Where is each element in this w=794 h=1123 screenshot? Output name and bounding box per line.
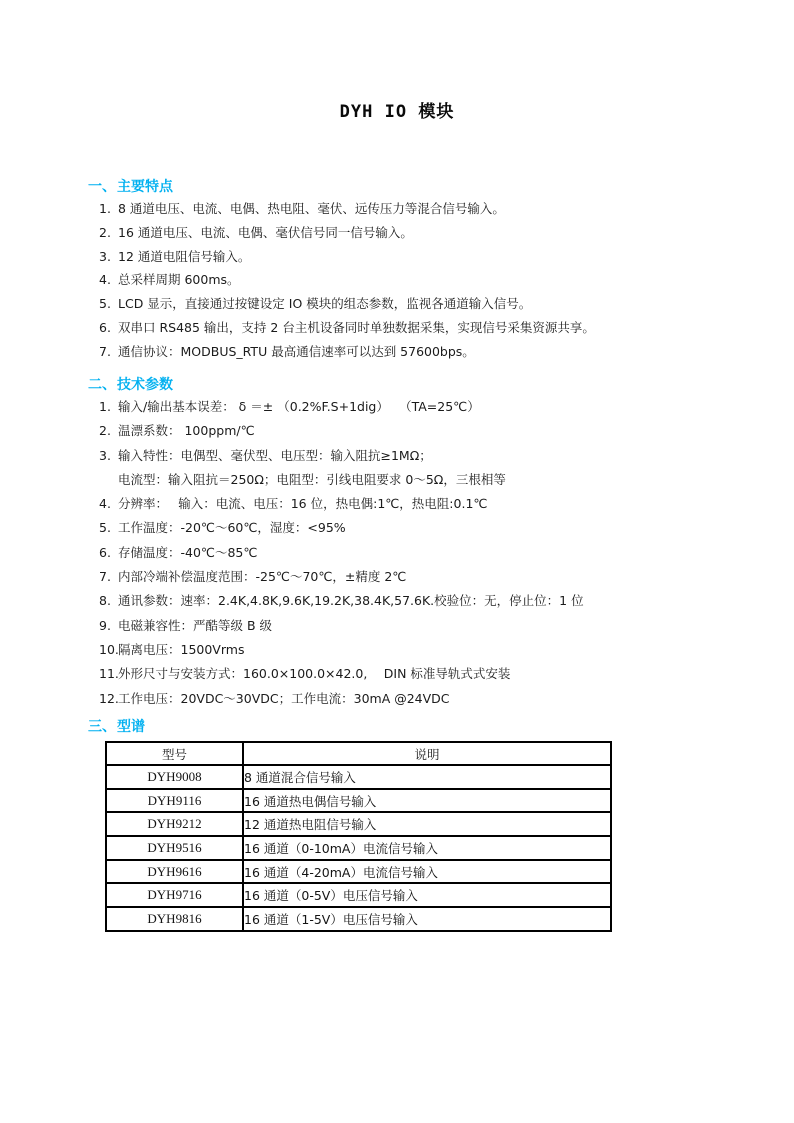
item-text: 输入特性：电偶型、毫伏型、电压型：输入阻抗≥1MΩ； 电流型：输入阻抗＝250Ω… (118, 444, 506, 493)
list-item: 6. 双串口 RS485 输出，支持 2 台主机设备同时单独数据采集，实现信号采… (99, 316, 759, 340)
list-item: 3. 输入特性：电偶型、毫伏型、电压型：输入阻抗≥1MΩ； 电流型：输入阻抗＝2… (99, 444, 759, 493)
page-title: DYH IO 模块 (0, 97, 794, 122)
list-item: 4. 总采样周期 600ms。 (99, 268, 759, 292)
model-cell: DYH9816 (106, 907, 243, 931)
item-text: 存储温度：-40℃～85℃ (118, 541, 257, 565)
item-number: 7. (99, 565, 118, 589)
item-number: 5. (99, 516, 118, 540)
item-number: 3. (99, 444, 118, 493)
list-item: 12. 工作电压：20VDC～30VDC；工作电流：30mA @24VDC (99, 687, 759, 711)
item-text: 16 通道电压、电流、电偶、毫伏信号同一信号输入。 (118, 221, 413, 245)
item-text: 工作电压：20VDC～30VDC；工作电流：30mA @24VDC (118, 687, 450, 711)
col-header-model: 型号 (106, 742, 243, 765)
item-number: 2. (99, 221, 118, 245)
table-row: DYH9516 16 通道（0-10mA）电流信号输入 (106, 836, 611, 860)
item-text: 隔离电压：1500Vrms (118, 638, 244, 662)
list-item: 8. 通讯参数：速率：2.4K,4.8K,9.6K,19.2K,38.4K,57… (99, 589, 759, 613)
list-item: 5. LCD 显示，直接通过按键设定 IO 模块的组态参数，监视各通道输入信号。 (99, 292, 759, 316)
section-label: 技术参数 (117, 374, 173, 394)
table-row: DYH9212 12 通道热电阻信号输入 (106, 812, 611, 836)
item-number: 5. (99, 292, 118, 316)
desc-cell: 12 通道热电阻信号输入 (243, 812, 611, 836)
list-item: 4. 分辨率： 输入：电流、电压：16 位，热电偶:1℃，热电阻:0.1℃ (99, 492, 759, 516)
desc-cell: 8 通道混合信号输入 (243, 765, 611, 789)
params-list: 1. 输入/输出基本误差： δ ＝± （0.2%F.S+1dig） （TA=25… (99, 395, 759, 711)
list-item: 5. 工作温度：-20℃～60℃，湿度：<95% (99, 516, 759, 540)
item-number: 6. (99, 316, 118, 340)
model-cell: DYH9516 (106, 836, 243, 860)
item-number: 11. (99, 662, 118, 686)
item-number: 8. (99, 589, 118, 613)
item-number: 3. (99, 245, 118, 269)
item-text: 总采样周期 600ms。 (118, 268, 240, 292)
item-number: 4. (99, 268, 118, 292)
item-text: 电磁兼容性：严酷等级 B 级 (118, 614, 272, 638)
model-cell: DYH9716 (106, 883, 243, 907)
table-row: DYH9116 16 通道热电偶信号输入 (106, 789, 611, 813)
section-number: 一、 (88, 176, 117, 196)
item-text: 8 通道电压、电流、电偶、热电阻、毫伏、远传压力等混合信号输入。 (118, 197, 505, 221)
col-header-desc: 说明 (243, 742, 611, 765)
item-number: 2. (99, 419, 118, 443)
item-text: 内部冷端补偿温度范围：-25℃～70℃，±精度 2℃ (118, 565, 406, 589)
list-item: 11. 外形尺寸与安装方式：160.0×100.0×42.0, DIN 标准导轨… (99, 662, 759, 686)
item-text: 温漂系数： 100ppm/℃ (118, 419, 255, 443)
item-text: 分辨率： 输入：电流、电压：16 位，热电偶:1℃，热电阻:0.1℃ (118, 492, 487, 516)
model-cell: DYH9008 (106, 765, 243, 789)
desc-cell: 16 通道（0-5V）电压信号输入 (243, 883, 611, 907)
models-table: 型号 说明 DYH9008 8 通道混合信号输入 DYH9116 16 通道热电… (105, 741, 612, 932)
section-label: 主要特点 (117, 176, 173, 196)
item-text: 输入/输出基本误差： δ ＝± （0.2%F.S+1dig） （TA=25℃） (118, 395, 480, 419)
item-text: 外形尺寸与安装方式：160.0×100.0×42.0, DIN 标准导轨式式安装 (118, 662, 510, 686)
item-number: 4. (99, 492, 118, 516)
desc-cell: 16 通道（1-5V）电压信号输入 (243, 907, 611, 931)
item-text: LCD 显示，直接通过按键设定 IO 模块的组态参数，监视各通道输入信号。 (118, 292, 531, 316)
list-item: 2. 16 通道电压、电流、电偶、毫伏信号同一信号输入。 (99, 221, 759, 245)
model-cell: DYH9212 (106, 812, 243, 836)
table-row: DYH9716 16 通道（0-5V）电压信号输入 (106, 883, 611, 907)
desc-cell: 16 通道热电偶信号输入 (243, 789, 611, 813)
list-item: 10. 隔离电压：1500Vrms (99, 638, 759, 662)
list-item: 7. 通信协议：MODBUS_RTU 最高通信速率可以达到 57600bps。 (99, 340, 759, 364)
item-text: 双串口 RS485 输出，支持 2 台主机设备同时单独数据采集，实现信号采集资源… (118, 316, 595, 340)
document-page: DYH IO 模块 一、 主要特点 1. 8 通道电压、电流、电偶、热电阻、毫伏… (0, 0, 794, 1123)
item-text: 通讯参数：速率：2.4K,4.8K,9.6K,19.2K,38.4K,57.6K… (118, 589, 584, 613)
item-text: 12 通道电阻信号输入。 (118, 245, 250, 269)
table-row: DYH9816 16 通道（1-5V）电压信号输入 (106, 907, 611, 931)
item-number: 6. (99, 541, 118, 565)
list-item: 6. 存储温度：-40℃～85℃ (99, 541, 759, 565)
list-item: 1. 输入/输出基本误差： δ ＝± （0.2%F.S+1dig） （TA=25… (99, 395, 759, 419)
section-number: 三、 (88, 716, 117, 736)
list-item: 3. 12 通道电阻信号输入。 (99, 245, 759, 269)
section-heading-features: 一、 主要特点 (88, 176, 173, 196)
model-cell: DYH9116 (106, 789, 243, 813)
section-label: 型谱 (117, 716, 145, 736)
table-row: DYH9616 16 通道（4-20mA）电流信号输入 (106, 860, 611, 884)
desc-cell: 16 通道（0-10mA）电流信号输入 (243, 836, 611, 860)
list-item: 1. 8 通道电压、电流、电偶、热电阻、毫伏、远传压力等混合信号输入。 (99, 197, 759, 221)
section-heading-models: 三、 型谱 (88, 716, 145, 736)
models-table-wrap: 型号 说明 DYH9008 8 通道混合信号输入 DYH9116 16 通道热电… (105, 741, 612, 932)
item-number: 12. (99, 687, 118, 711)
features-list: 1. 8 通道电压、电流、电偶、热电阻、毫伏、远传压力等混合信号输入。 2. 1… (99, 197, 759, 364)
section-number: 二、 (88, 374, 117, 394)
list-item: 7. 内部冷端补偿温度范围：-25℃～70℃，±精度 2℃ (99, 565, 759, 589)
table-header-row: 型号 说明 (106, 742, 611, 765)
item-number: 7. (99, 340, 118, 364)
section-heading-params: 二、 技术参数 (88, 374, 173, 394)
item-number: 9. (99, 614, 118, 638)
model-cell: DYH9616 (106, 860, 243, 884)
item-number: 1. (99, 395, 118, 419)
desc-cell: 16 通道（4-20mA）电流信号输入 (243, 860, 611, 884)
item-number: 1. (99, 197, 118, 221)
list-item: 9. 电磁兼容性：严酷等级 B 级 (99, 614, 759, 638)
item-text: 通信协议：MODBUS_RTU 最高通信速率可以达到 57600bps。 (118, 340, 475, 364)
item-text: 工作温度：-20℃～60℃，湿度：<95% (118, 516, 346, 540)
table-row: DYH9008 8 通道混合信号输入 (106, 765, 611, 789)
list-item: 2. 温漂系数： 100ppm/℃ (99, 419, 759, 443)
item-number: 10. (99, 638, 118, 662)
